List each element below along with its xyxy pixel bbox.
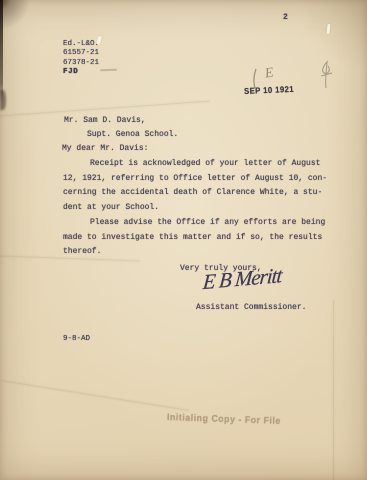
page-number: 2: [283, 13, 288, 22]
recipient-title: Supt. Genoa School.: [87, 130, 178, 139]
footer-code: 9-8-AD: [63, 335, 90, 343]
paper-fleck: [326, 24, 330, 34]
body-line: made to investigate this matter and if s…: [63, 231, 331, 246]
reference-line: 61557-21: [63, 49, 99, 58]
body-line: Receipt is acknowledged of your letter o…: [63, 157, 331, 172]
reference-block: Ed.-L&O. 61557-21 67378-21 FJD: [63, 40, 99, 78]
reference-line: Ed.-L&O.: [63, 40, 99, 49]
signer-title: Assistant Commissioner.: [196, 303, 306, 312]
recipient-name: Mr. Sam D. Davis,: [64, 116, 146, 125]
typist-initials: FJD: [63, 68, 99, 77]
scan-edge-shadow: [0, 0, 3, 104]
scanned-letter-page: 2 Ed.-L&O. 61557-21 67378-21 FJD E SEP 1…: [0, 0, 367, 480]
body-line: cerning the accidental death of Clarence…: [63, 186, 331, 201]
pencil-squiggle-icon: [318, 60, 334, 90]
pencil-dash: [100, 69, 117, 72]
body-line: thereof.: [63, 245, 331, 260]
scan-edge-blot: [0, 90, 6, 110]
file-copy-stamp: Initialing Copy - For File: [167, 412, 281, 427]
body-line: dent at your School.: [63, 201, 331, 216]
salutation: My dear Mr. Davis:: [62, 144, 148, 153]
body-paragraph-1: Receipt is acknowledged of your letter o…: [63, 157, 331, 215]
reference-line: 67378-21: [63, 59, 99, 68]
body-line: Please advise the Office if any efforts …: [63, 216, 331, 231]
body-paragraph-2: Please advise the Office if any efforts …: [63, 216, 331, 260]
pencil-note: E: [264, 65, 275, 82]
body-line: 12, 1921, referring to Office letter of …: [63, 172, 331, 187]
paper-crease: [0, 101, 210, 117]
paper-crease: [1, 380, 189, 411]
date-stamp: SEP 10 1921: [244, 84, 294, 96]
paper-crease: [333, 300, 334, 480]
